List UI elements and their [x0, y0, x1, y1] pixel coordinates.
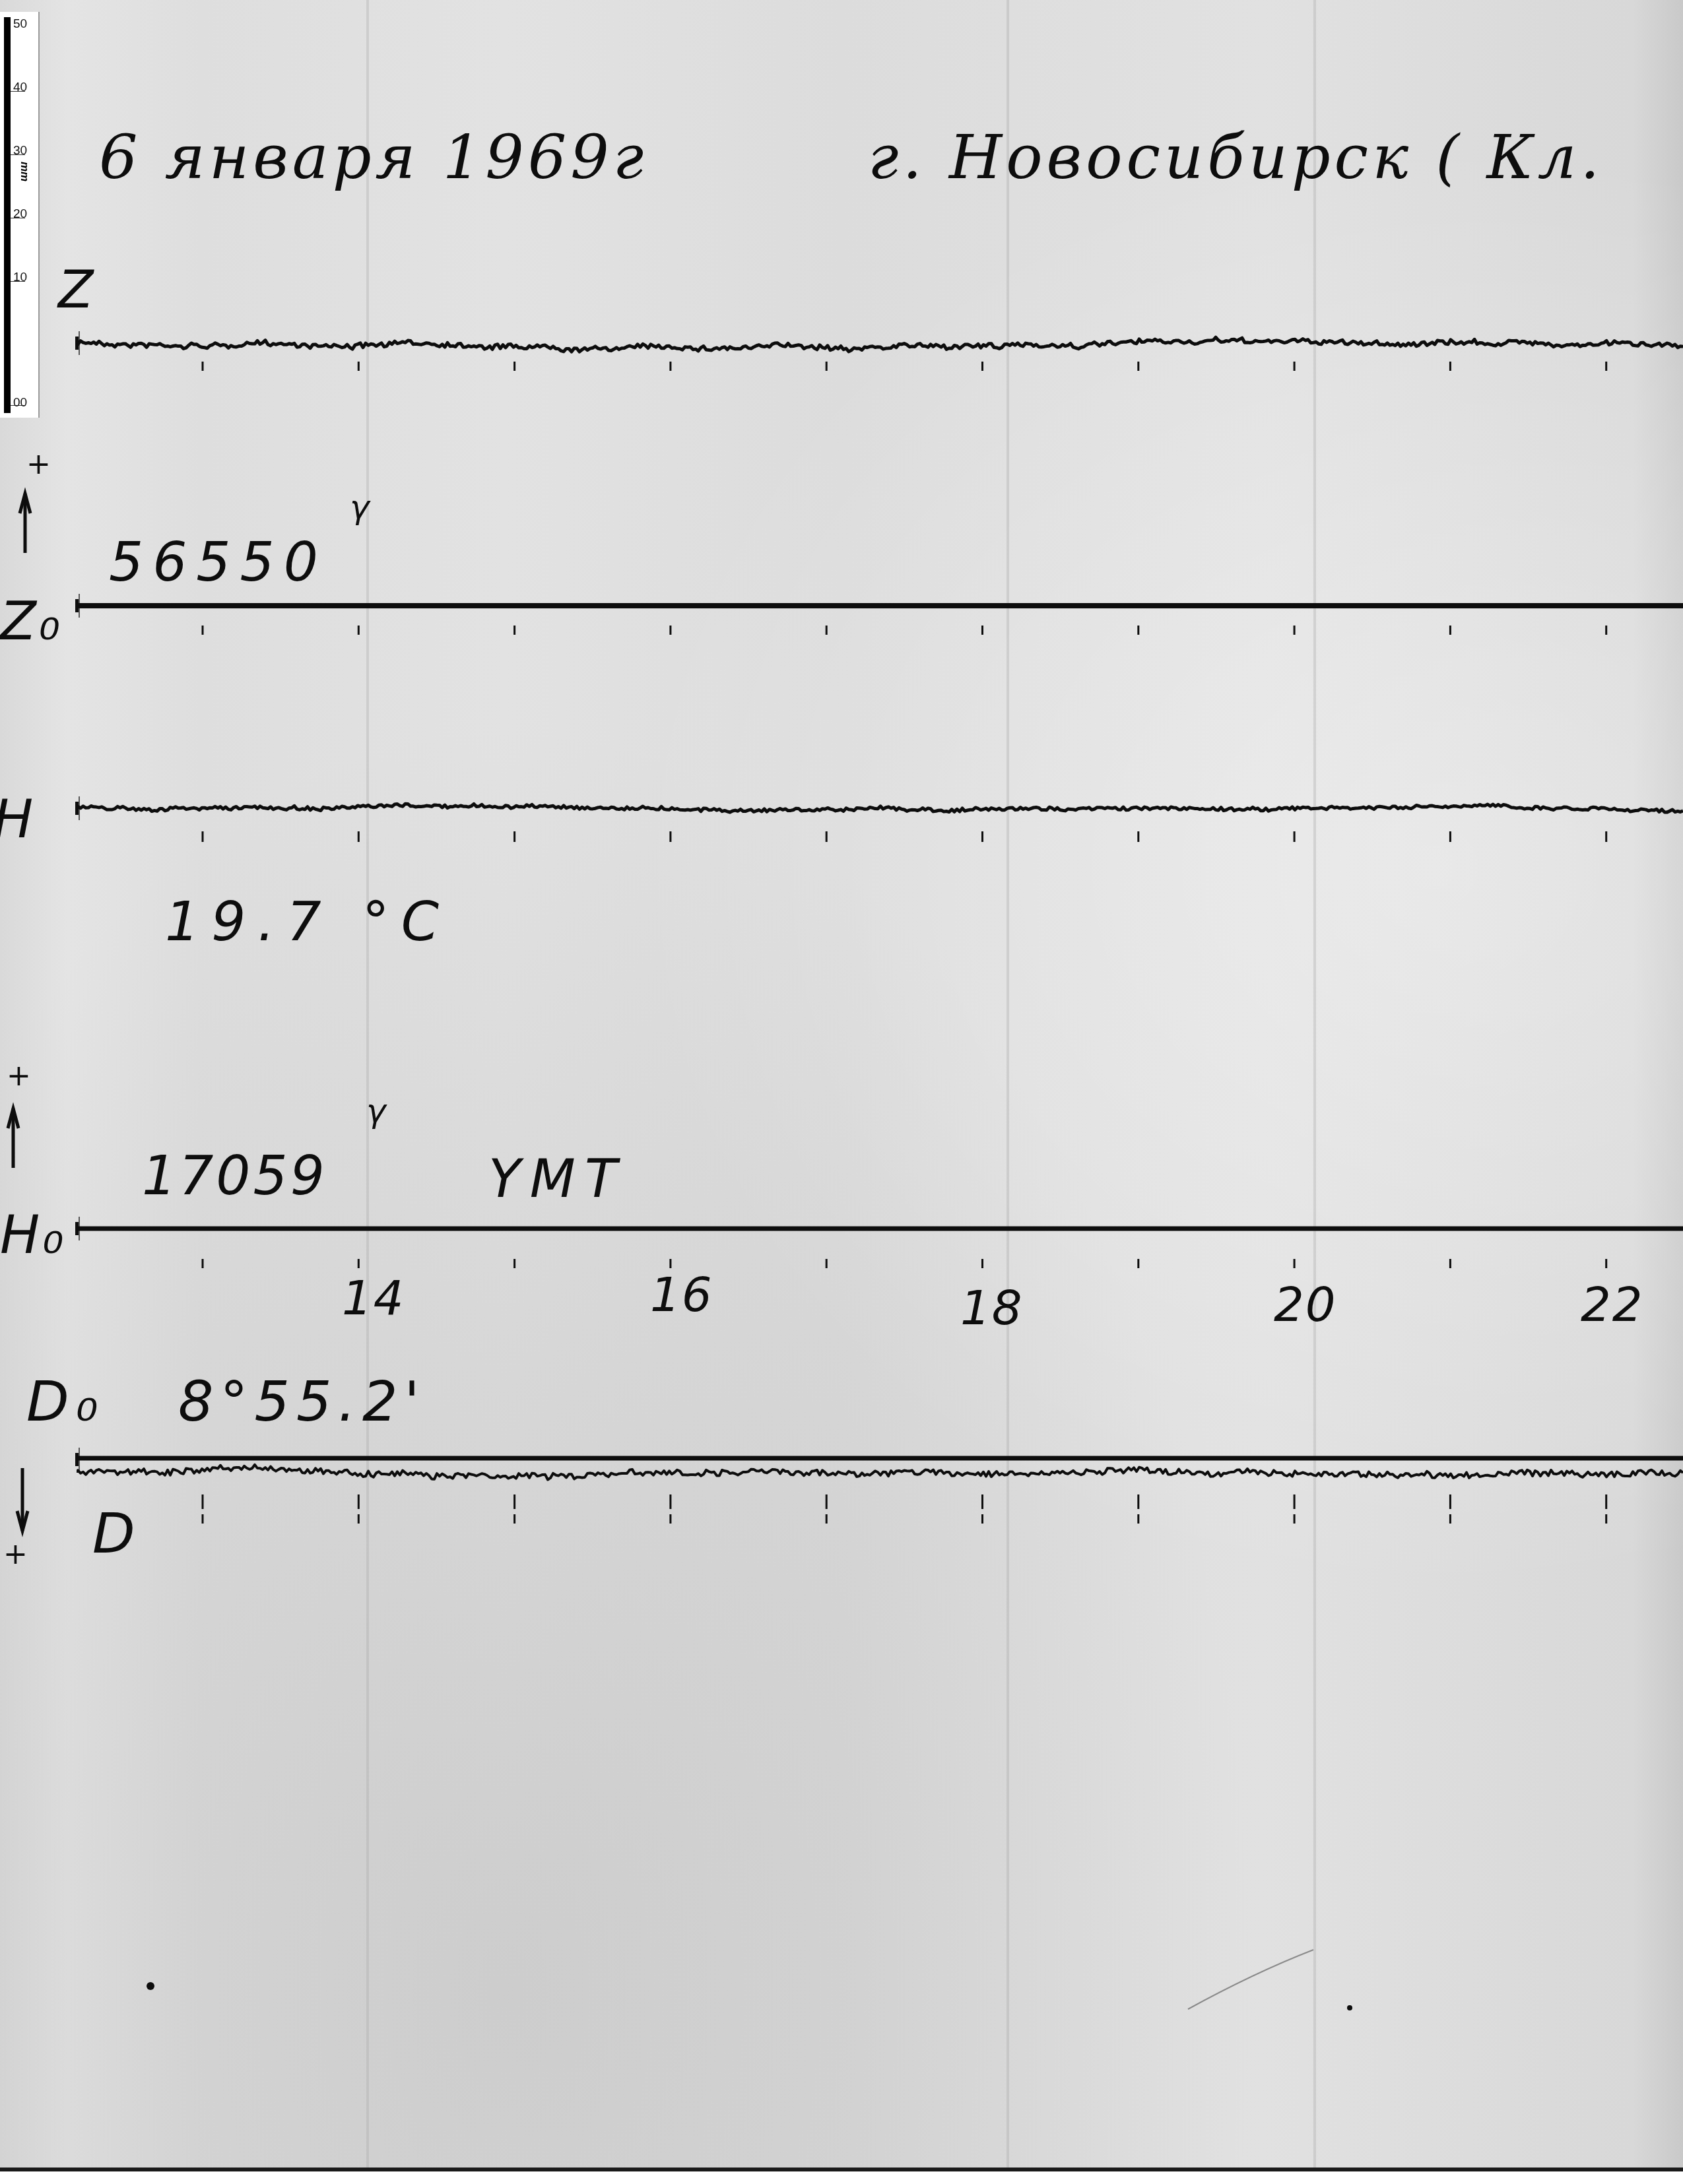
d-trace	[78, 1465, 1683, 1480]
ink-speck	[147, 1982, 154, 1990]
z-trace	[78, 337, 1683, 352]
h-trace	[78, 804, 1683, 812]
magnetogram-traces	[0, 0, 1683, 2184]
paper-scratch	[1188, 1950, 1313, 2009]
ink-speck	[1347, 2005, 1352, 2010]
